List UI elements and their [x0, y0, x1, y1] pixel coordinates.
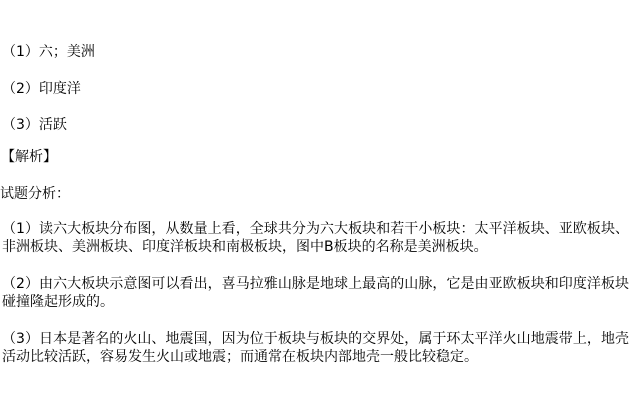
document-page: （1）六；美洲 （2）印度洋 （3）活跃 【解析】 试题分析： （1）读六大板块… — [0, 0, 630, 400]
answer-line-2: （2）印度洋 — [2, 80, 629, 98]
analysis-paragraph-2: （2）由六大板块示意图可以看出，喜马拉雅山脉是地球上最高的山脉，它是由亚欧板块和… — [2, 275, 629, 311]
analysis-header: 【解析】 — [1, 148, 629, 166]
answer-line-3: （3）活跃 — [2, 116, 629, 134]
analysis-paragraph-3: （3）日本是著名的火山、地震国，因为位于板块与板块的交界处，属于环太平洋火山地震… — [2, 330, 629, 366]
analysis-paragraph-1: （1）读六大板块分布图，从数量上看，全球共分为六大板块和若干小板块：太平洋板块、… — [2, 220, 629, 256]
answer-line-1: （1）六；美洲 — [2, 43, 629, 61]
analysis-intro: 试题分析： — [0, 185, 629, 203]
